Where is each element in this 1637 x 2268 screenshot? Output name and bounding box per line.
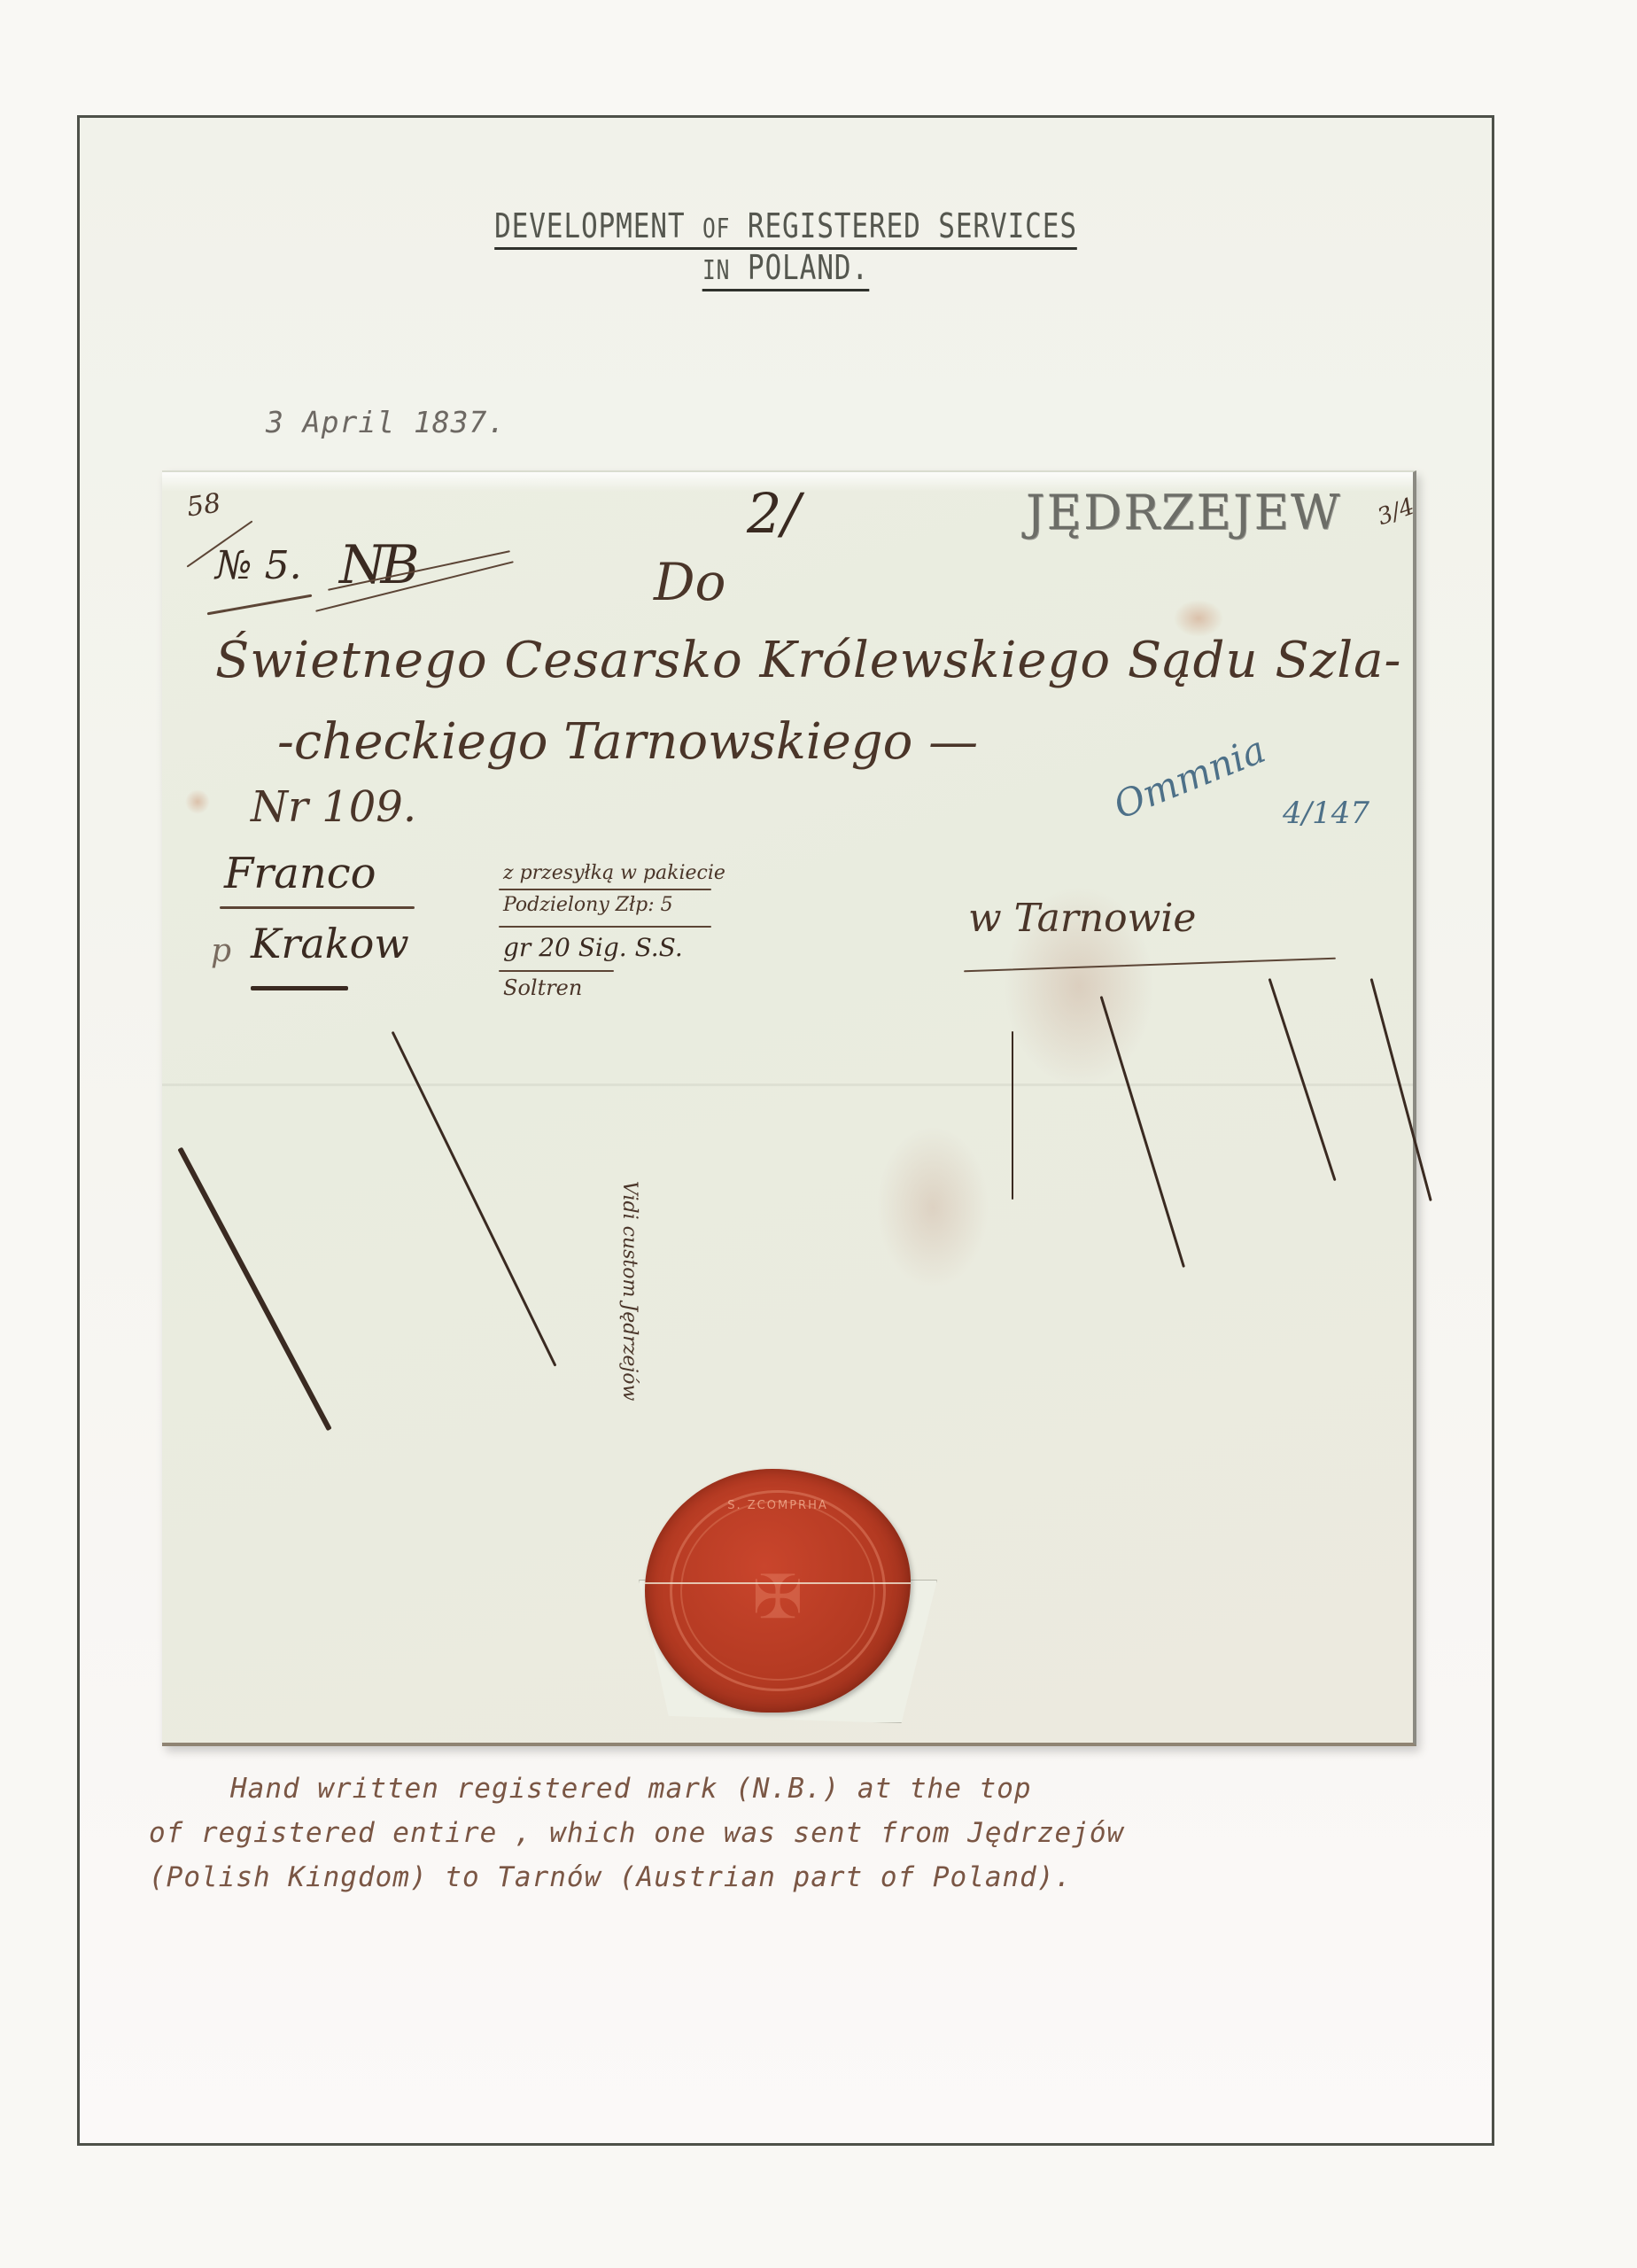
enclosure-note-line-4: Soltren: [503, 975, 582, 1000]
enclosure-rule: [499, 889, 711, 890]
franco-label: Franco: [224, 849, 376, 898]
registration-number: № 5.: [215, 543, 302, 588]
enclosure-rule: [499, 926, 711, 928]
page-title-line-2: IN POLAND.: [206, 248, 1364, 287]
town-postmark: JĘDRZEJEW: [1026, 485, 1342, 540]
album-page-frame: DEVELOPMENT OF REGISTERED SERVICES IN PO…: [77, 115, 1494, 2146]
seal-legend: S. ZCOMPRHA: [645, 1499, 911, 1512]
eagle-emblem-icon: ✠: [754, 1544, 802, 1637]
ink-stroke: [1012, 1031, 1013, 1200]
title-word: OF: [702, 214, 730, 245]
destination-line: w Tarnowie: [968, 896, 1196, 941]
via-label: p: [211, 933, 231, 969]
enclosure-rule: [499, 970, 614, 972]
file-number: Nr 109.: [251, 782, 416, 832]
address-line-2: -checkiego Tarnowskiego —: [277, 713, 978, 771]
blue-pencil-number: 4/147: [1283, 796, 1369, 831]
address-prefix: Do: [654, 552, 725, 612]
via-underline: [251, 986, 348, 990]
caption-line-1: Hand written registered mark (N.B.) at t…: [230, 1773, 1637, 1805]
registration-flourish: [207, 594, 313, 616]
title-word: DEVELOPMENT: [494, 206, 685, 245]
docket-number: 58: [185, 488, 223, 524]
address-line-1: Świetnego Cesarsko Królewskiego Sądu Szl…: [215, 632, 1401, 689]
ink-stroke: [392, 1031, 557, 1367]
franco-underline: [220, 906, 415, 909]
title-underlined-text: DEVELOPMENT OF REGISTERED SERVICES: [494, 206, 1077, 250]
via-city: Krakow: [251, 920, 409, 967]
destination-underline: [964, 958, 1336, 973]
ink-stroke: [1370, 978, 1432, 1201]
caption-line-2: of registered entire , which one was sen…: [149, 1817, 1566, 1849]
ink-stroke: [177, 1147, 331, 1432]
vertical-note-center: Vidi custom Jędrzejów: [618, 1181, 640, 1401]
caption-line-3: (Polish Kingdom) to Tarnów (Austrian par…: [149, 1861, 1566, 1893]
title-word: POLAND.: [748, 248, 869, 287]
title-word: REGISTERED SERVICES: [748, 206, 1077, 245]
ink-stroke: [1100, 996, 1185, 1268]
rate-fraction: 3/4: [1374, 493, 1418, 532]
address-rate: 2/: [747, 481, 800, 546]
page-title-line-1: DEVELOPMENT OF REGISTERED SERVICES: [206, 206, 1364, 245]
enclosure-note-line-1: z przesyłką w pakiecie: [503, 862, 725, 884]
enclosure-note-line-3: gr 20 Sig. S.S.: [503, 933, 683, 962]
fold-line: [162, 1084, 1413, 1086]
date-note: 3 April 1837.: [266, 405, 506, 439]
enclosure-note-line-2: Podzielony Złp: 5: [503, 894, 673, 916]
title-word: IN: [702, 255, 730, 286]
ink-stroke: [1268, 978, 1337, 1181]
registered-letter-entire: JĘDRZEJEW 3/4 58 № 5. NB Do 2/ Świetnego…: [162, 470, 1416, 1746]
seal-crack: [645, 1582, 911, 1584]
title-underlined-text: IN POLAND.: [702, 248, 869, 291]
registered-mark-nb: NB: [339, 534, 415, 596]
blue-pencil-note: Ommnia: [1107, 727, 1271, 827]
